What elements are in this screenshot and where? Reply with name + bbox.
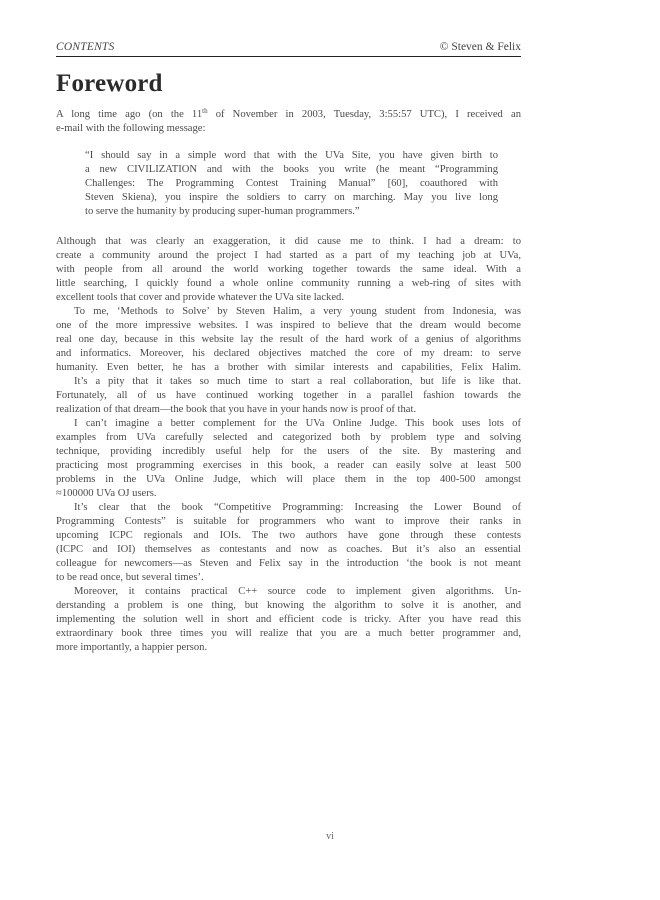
paragraph-line: Programming Contests” is suitable for pr… [56,515,521,529]
paragraph-line: little searching, I quickly found a whol… [56,277,521,291]
paragraph-line: excellent tools that cover and provide w… [56,291,521,305]
paragraph-line: Although that was clearly an exaggeratio… [56,235,521,249]
paragraph-line: more importantly, a happier person. [56,641,521,655]
paragraph-line: implementing the solution well in short … [56,613,521,627]
paragraph-line: colleague for newcomers—as Steven and Fe… [56,557,521,571]
paragraph-line: It’s a pity that it takes so much time t… [74,375,521,389]
text-run: A long time ago (on the 11 [56,109,202,120]
header-rule [56,56,521,57]
paragraph-line: upcoming ICPC regionals and IOIs. The tw… [56,529,521,543]
text-run: of November in 2003, Tuesday, 3:55:57 UT… [208,109,521,120]
paragraph-line: To me, ‘Methods to Solve’ by Steven Hali… [74,305,521,319]
paragraph-line: and informatics. Moreover, his declared … [56,347,521,361]
paragraph-line: extraordinary book three times you will … [56,627,521,641]
page-title: Foreword [56,70,163,98]
paragraph-line: It’s clear that the book “Competitive Pr… [74,501,521,515]
paragraph-line: one of the more impressive websites. I w… [56,319,521,333]
quote-line: a new CIVILIZATION and with the books yo… [85,163,498,177]
paragraph-line: Fortunately, all of us have continued wo… [56,389,521,403]
paragraph-line: derstanding a problem is one thing, but … [56,599,521,613]
paragraph-line: to be read once, but several times’. [56,571,521,585]
paragraph-line: examples from UVa carefully selected and… [56,431,521,445]
quote-line: “I should say in a simple word that with… [85,149,498,163]
page-number: vi [0,831,660,842]
paragraph-line: technique, providing incredibly useful h… [56,445,521,459]
paragraph-line: realization of that dream—the book that … [56,403,521,417]
intro-line-2: e-mail with the following message: [56,122,521,136]
document-page: CONTENTS © Steven & Felix Foreword A lon… [0,0,660,900]
paragraph-line: problems in the UVa Online Judge, which … [56,473,521,487]
running-header: CONTENTS © Steven & Felix [56,41,521,55]
paragraph-line: Moreover, it contains practical C++ sour… [74,585,521,599]
paragraph-line: practicing most programming exercises in… [56,459,521,473]
quote-line: Steven Skiena), you inspire the soldiers… [85,191,498,205]
paragraph-line: ≈100000 UVa OJ users. [56,487,521,501]
quote-line: Challenges: The Programming Contest Trai… [85,177,498,191]
paragraph-line: I can’t imagine a better complement for … [74,417,521,431]
quote-line: to serve the humanity by producing super… [85,205,498,219]
header-copyright: © Steven & Felix [440,41,521,53]
header-section-label: CONTENTS [56,41,114,53]
paragraph-line: humanity. Even better, he has a brother … [56,361,521,375]
paragraph-line: (ICPC and IOI) themselves as contestants… [56,543,521,557]
paragraph-line: real one day, because in this website la… [56,333,521,347]
intro-line-1: A long time ago (on the 11th of November… [56,108,521,122]
paragraph-line: create a community around the project I … [56,249,521,263]
paragraph-line: with people from all around the world wo… [56,263,521,277]
